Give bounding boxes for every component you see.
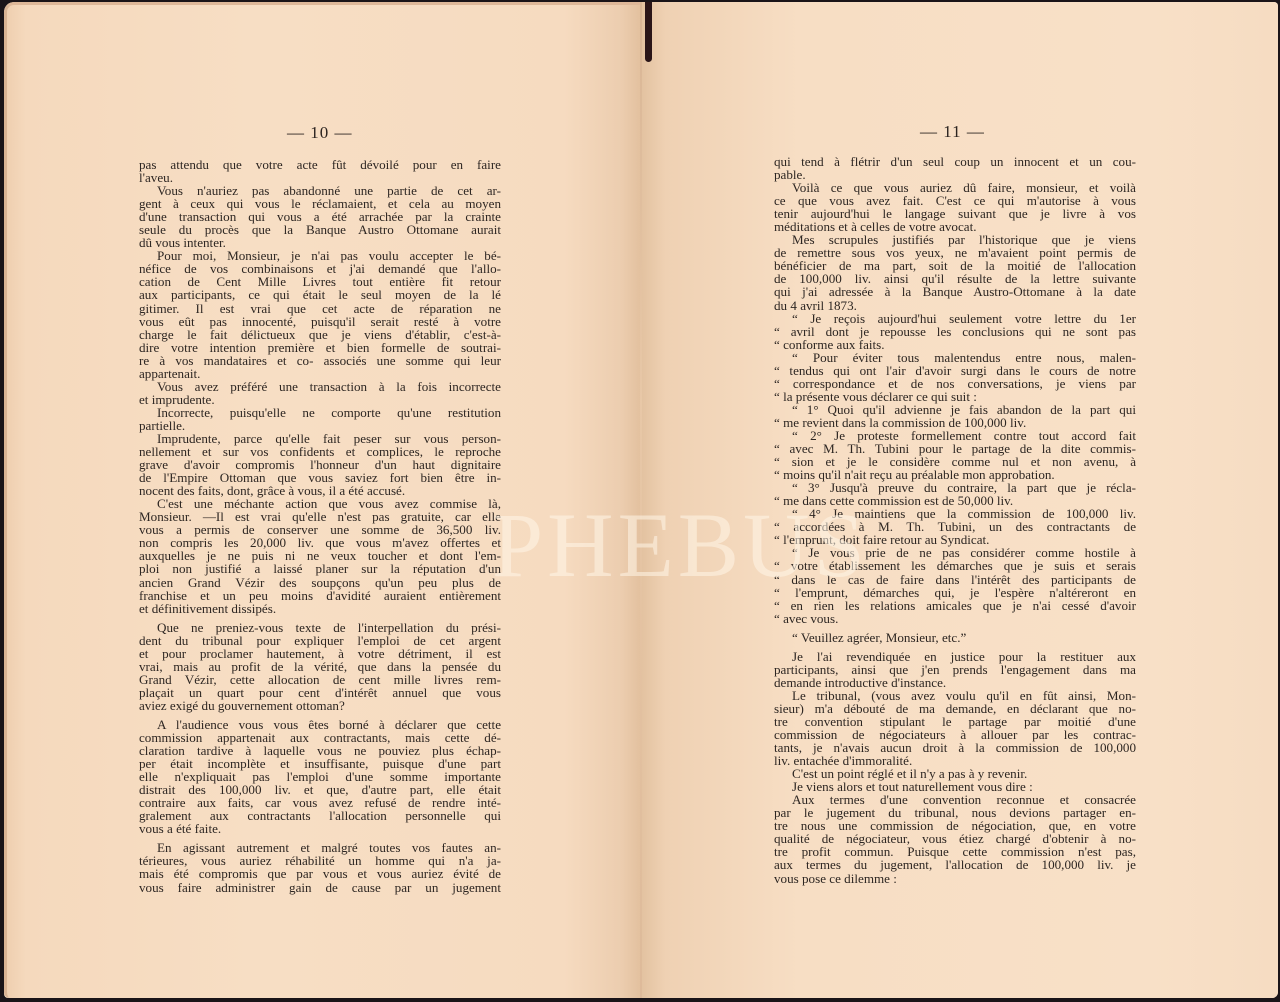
book-gutter xyxy=(640,2,642,998)
text-line: dire votre intention première et bien fo… xyxy=(139,341,501,354)
left-page-text: pas attendu que votre acte fût dévoilé p… xyxy=(139,158,501,894)
text-line: appartenait. xyxy=(139,367,501,380)
text-line: Vous avez préféré une transaction à la f… xyxy=(139,380,501,393)
text-line: Incorrecte, puisqu'elle ne comporte qu'u… xyxy=(139,406,501,419)
text-line: “ avec vous. xyxy=(774,612,1136,625)
text-line: et pour proclamer hautement, à votre dét… xyxy=(139,647,501,660)
text-line: vrai, mais au profit de la vérité, que d… xyxy=(139,660,501,673)
page-number-right: — 11 — xyxy=(920,122,985,142)
text-line: “ Veuillez agréer, Monsieur, etc.” xyxy=(774,631,1136,644)
text-line: vous a été faite. xyxy=(139,822,501,835)
text-line: plaçait un quart pour cent d'intérêt ann… xyxy=(139,686,501,699)
text-line: sieur) m'a débouté de ma demande, en déc… xyxy=(774,702,1136,715)
text-line: vous pose ce dilemme : xyxy=(774,872,1136,885)
text-line: aux termes du jugement, l'allocation de … xyxy=(774,858,1136,871)
right-page: — 11 — qui tend à flétrir d'un seul coup… xyxy=(640,2,1278,998)
text-line: franchise et un peu moins d'avidité aura… xyxy=(139,589,501,602)
left-page: — 10 — pas attendu que votre acte fût dé… xyxy=(4,2,640,998)
text-line: vous eût pas innocenté, puisqu'il serait… xyxy=(139,315,501,328)
text-line: “ conforme aux faits. xyxy=(774,338,1136,351)
text-line: qui j'ai adressée à la Banque Austro-Ott… xyxy=(774,285,1136,298)
text-line: “ Je reçois aujourd'hui seulement votre … xyxy=(774,312,1136,325)
text-line: “ dans le cas de faire dans l'intérêt de… xyxy=(774,573,1136,586)
text-line: pas attendu que votre acte fût dévoilé p… xyxy=(139,158,501,171)
text-line: gitimer. Il est vrai que cet acte de rép… xyxy=(139,302,501,315)
text-line: demande introductive d'instance. xyxy=(774,676,1136,689)
text-line: “ Pour éviter tous malentendus entre nou… xyxy=(774,351,1136,364)
text-line: Le tribunal, (vous avez voulu qu'il en f… xyxy=(774,689,1136,702)
book-spread: — 10 — pas attendu que votre acte fût dé… xyxy=(4,2,1278,998)
text-line: participants, ainsi que j'en prends l'en… xyxy=(774,663,1136,676)
text-line: “ en rien les relations amicales que je … xyxy=(774,599,1136,612)
text-line: “ avril dont je repousse les conclusions… xyxy=(774,325,1136,338)
text-line: “ tendus qui ont l'air d'avoir surgi dan… xyxy=(774,364,1136,377)
text-line: Grand Vézir, cette allocation de cent mi… xyxy=(139,673,501,686)
text-line: mais été compromis que par vous et vous … xyxy=(139,867,501,880)
text-line: vous faire administrer gain de cause par… xyxy=(139,881,501,894)
text-line: aviez exigé du gouvernement ottoman? xyxy=(139,699,501,712)
text-line: dent du tribunal pour expliquer l'emploi… xyxy=(139,634,501,647)
text-line: ancien Grand Vézir des soupçons qu'un pe… xyxy=(139,576,501,589)
text-line: re à vos mandataires et co- associés une… xyxy=(139,354,501,367)
text-line: “ la présente vous déclarer ce qui suit … xyxy=(774,390,1136,403)
text-line: Je l'ai revendiquée en justice pour la r… xyxy=(774,650,1136,663)
text-line: “ l'emprunt, démarches qui, je l'espère … xyxy=(774,586,1136,599)
text-line: ploi non justifié a laissé planer sur la… xyxy=(139,562,501,575)
text-line: “ 1° Quoi qu'il advienne je fais abandon… xyxy=(774,403,1136,416)
text-line: et imprudente. xyxy=(139,393,501,406)
text-line: du 4 avril 1873. xyxy=(774,299,1136,312)
text-line: “ correspondance et de nos conversations… xyxy=(774,377,1136,390)
text-line: charge le fait délictueux que je viens d… xyxy=(139,328,501,341)
gutter-tear xyxy=(645,2,652,62)
text-line: et définitivement dissipés. xyxy=(139,602,501,615)
text-line: aux participants, ce qui était le seul m… xyxy=(139,288,501,301)
right-page-text: qui tend à flétrir d'un seul coup un inn… xyxy=(774,155,1136,885)
page-number-left: — 10 — xyxy=(287,123,353,143)
text-line: Que ne preniez-vous texte de l'interpell… xyxy=(139,621,501,634)
text-line: qui tend à flétrir d'un seul coup un inn… xyxy=(774,155,1136,168)
text-line: “ votre établissement les démarches que … xyxy=(774,559,1136,572)
